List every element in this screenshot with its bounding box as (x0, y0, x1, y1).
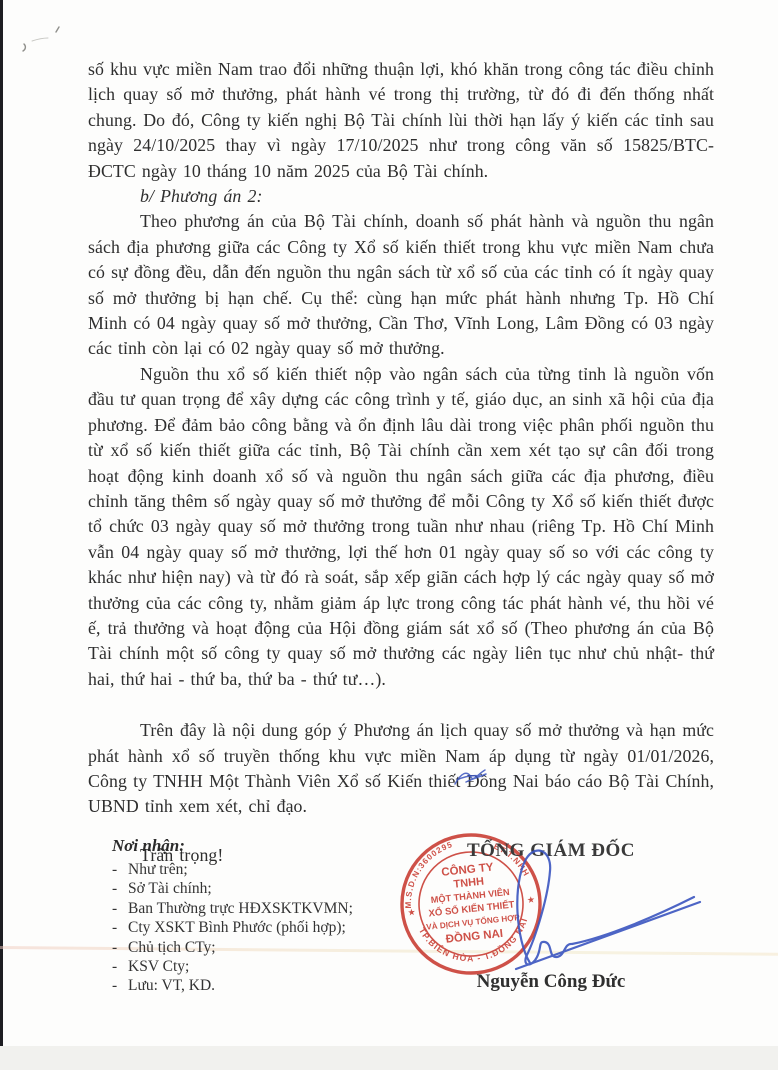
paragraph-continuation: số khu vực miền Nam trao đổi những thuận… (88, 57, 714, 184)
paragraph-conclusion: Trên đây là nội dung góp ý Phương án lịc… (88, 718, 714, 820)
pencil-mark-icon (16, 22, 72, 54)
list-item: -KSV Cty; (112, 957, 412, 976)
recipient-label: Ban Thường trực HĐXSKTKVMN; (128, 899, 353, 918)
letter-body: số khu vực miền Nam trao đổi những thuận… (88, 57, 714, 868)
scan-edge-line (0, 0, 3, 1050)
recipient-label: KSV Cty; (128, 957, 189, 976)
dash-bullet: - (112, 957, 128, 976)
list-item: -Như trên; (112, 860, 412, 879)
dash-bullet: - (112, 879, 128, 898)
recipients-title: Nơi nhận: (112, 836, 412, 856)
dash-bullet: - (112, 918, 128, 937)
recipient-label: Như trên; (128, 860, 188, 879)
list-item: -Sở Tài chính; (112, 879, 412, 898)
scan-bottom-band (0, 1046, 778, 1070)
list-item: -Lưu: VT, KD. (112, 976, 412, 995)
list-item: -Chủ tịch CTy; (112, 938, 412, 957)
list-item: -Ban Thường trực HĐXSKTKVMN; (112, 899, 412, 918)
paragraph-plan-detail: Theo phương án của Bộ Tài chính, doanh s… (88, 209, 714, 361)
list-item: -Cty XSKT Bình Phước (phối hợp); (112, 918, 412, 937)
recipient-label: Sở Tài chính; (128, 879, 212, 898)
paragraph-revenue-analysis: Nguồn thu xổ số kiến thiết nộp vào ngân … (88, 362, 714, 692)
dash-bullet: - (112, 899, 128, 918)
recipients-block: Nơi nhận: -Như trên; -Sở Tài chính; -Ban… (112, 836, 412, 996)
heading-phuong-an-2: b/ Phương án 2: (88, 184, 714, 209)
recipients-list: -Như trên; -Sở Tài chính; -Ban Thường tr… (112, 860, 412, 996)
dash-bullet: - (112, 938, 128, 957)
stamp-star-left: ★ (407, 907, 416, 918)
signature-scribble-icon (468, 845, 718, 975)
dash-bullet: - (112, 976, 128, 995)
dash-bullet: - (112, 860, 128, 879)
recipient-label: Chủ tịch CTy; (128, 938, 216, 957)
recipient-label: Cty XSKT Bình Phước (phối hợp); (128, 918, 346, 937)
handwritten-initial-icon (452, 766, 494, 790)
scanned-letter-page: số khu vực miền Nam trao đổi những thuận… (0, 0, 778, 1070)
recipient-label: Lưu: VT, KD. (128, 976, 215, 995)
